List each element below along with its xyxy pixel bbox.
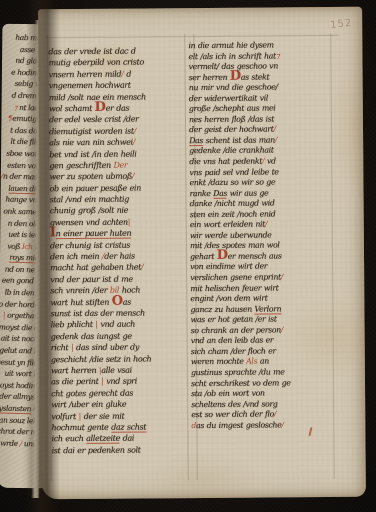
folio-number: 152 — [330, 18, 353, 31]
text-column-left: das der vrede ist dac dmutig eberpild vo… — [48, 45, 191, 456]
ruling-line — [46, 35, 338, 38]
text-column-right: in die armut hie dysemelt /als ich in sc… — [188, 40, 335, 431]
text-line: ist dai er pedenken solt — [52, 444, 192, 456]
red-tick-mark — [308, 427, 312, 436]
text-line: das du imgest geslosche/ — [191, 420, 335, 432]
manuscript-page: 152 das der vrede ist dac dmutig eberpil… — [38, 7, 366, 500]
manuscript-photo: hab mdasse gnd glade hodindsebig wd drem… — [0, 0, 376, 512]
